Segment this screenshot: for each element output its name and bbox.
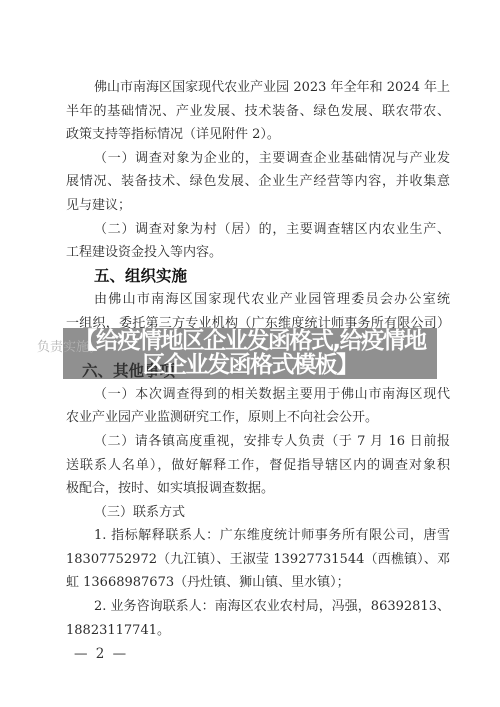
document-line: （二）请各镇高度重视，安排专人负责（于 7 月 16 日前报 xyxy=(66,430,450,454)
page-number: — 2 — xyxy=(74,646,128,662)
document-page: 佛山市南海区国家现代农业产业园 2023 年全年和 2024 年上 半年的基础情… xyxy=(0,0,500,707)
document-line: 见与建议； xyxy=(66,194,450,218)
document-line: 由佛山市南海区国家现代农业产业园管理委员会办公室统 xyxy=(66,288,450,312)
document-line: 18823117741。 xyxy=(66,619,450,643)
document-line: 展情况、装备技术、绿色发展、企业生产经营等内容，并收集意 xyxy=(66,170,450,194)
document-line: 18307752972（九江镇）、王淑莹 13927731544（西樵镇）、邓燕 xyxy=(66,548,450,572)
document-line: 极配合，按时、如实填报调查数据。 xyxy=(66,477,450,501)
document-line: （一）调查对象为企业的，主要调查企业基础情况与产业发 xyxy=(66,147,450,171)
document-line: 工程建设资金投入等内容。 xyxy=(66,241,450,265)
document-line: 虹 13668987673（丹灶镇、狮山镇、里水镇）； xyxy=(66,571,450,595)
document-line: 半年的基础情况、产业发展、技术装备、绿色发展、联农带农、 xyxy=(66,100,450,124)
document-line: 佛山市南海区国家现代农业产业园 2023 年全年和 2024 年上 xyxy=(66,76,450,100)
watermark-title-line-2: 区企业发函格式模板】 xyxy=(63,354,437,378)
section-heading-organization: 五、组织实施 xyxy=(66,265,450,289)
document-line: 送联系人名单），做好解释工作，督促指导辖区内的调查对象积 xyxy=(66,454,450,478)
watermark-title: 【给疫情地区企业发函格式,给疫情地 区企业发函格式模板】 xyxy=(63,330,437,377)
document-line: 2. 业务咨询联系人：南海区农业农村局，冯强，86392813、 xyxy=(66,595,450,619)
document-line: （二）调查对象为村（居）的，主要调查辖区内农业生产、 xyxy=(66,218,450,242)
document-line: （三）联系方式 xyxy=(66,501,450,525)
document-line: 政策支持等指标情况（详见附件 2）。 xyxy=(66,123,450,147)
document-line: （一）本次调查得到的相关数据主要用于佛山市南海区现代 xyxy=(66,383,450,407)
document-line: 1. 指标解释联系人：广东维度统计师事务所有限公司，唐雪 xyxy=(66,524,450,548)
document-line: 农业产业园产业监测研究工作，原则上不向社会公开。 xyxy=(66,406,450,430)
watermark-title-line-1: 【给疫情地区企业发函格式,给疫情地 xyxy=(63,330,437,354)
